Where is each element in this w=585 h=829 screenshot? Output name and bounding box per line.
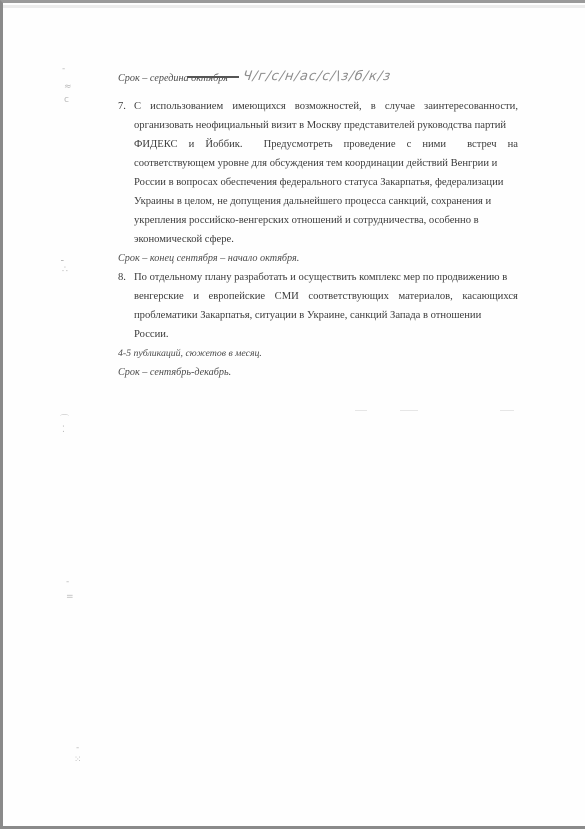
deadline-sep-oct: Срок – конец сентября – начало октября. <box>118 252 299 266</box>
item-8-line-1: По отдельному плану разработать и осущес… <box>134 271 507 285</box>
margin-mark: ⁙ <box>74 756 82 765</box>
deadline-sep-dec: Срок – сентябрь-декабрь. <box>118 366 231 380</box>
margin-mark: ⅽ <box>64 96 69 105</box>
item-7-line-5: России в вопросах обеспечения федерально… <box>134 176 503 190</box>
scan-artifact <box>500 410 514 411</box>
scan-artifact <box>400 410 418 411</box>
item-8-line-3: проблематики Закарпатья, ситуации в Укра… <box>134 309 481 323</box>
word: с <box>407 138 412 152</box>
item-7-line-6: Украины в целом, не допущения дальнейшег… <box>134 195 491 209</box>
word: СМИ <box>275 290 299 304</box>
word: на <box>508 138 518 152</box>
item-7-number: 7. <box>118 100 126 114</box>
margin-mark: ≈ <box>64 83 72 92</box>
item-7-line-1: С использованием имеющихся возможностей,… <box>134 100 518 114</box>
margin-mark: - <box>76 744 79 753</box>
publications-note: 4-5 публикаций, сюжетов в месяц. <box>118 347 262 361</box>
word: возможностей, <box>295 100 362 114</box>
word: Предусмотреть <box>264 138 333 152</box>
item-7-line-3: ФИДЕКС и Йоббик. Предусмотреть проведени… <box>134 138 518 152</box>
handwritten-annotation: Ч/г/с/н/ас/с/\з/б/к/з <box>242 69 392 84</box>
word: ФИДЕКС <box>134 138 178 152</box>
item-8-number: 8. <box>118 271 126 285</box>
word: имеющихся <box>232 100 285 114</box>
item-7-line-2: организовать неофициальный визит в Москв… <box>134 119 506 133</box>
margin-mark: - <box>66 578 69 587</box>
item-8-line-2: венгерские и европейские СМИ соответству… <box>134 290 518 304</box>
item-7-line-8: экономической сфере. <box>134 233 234 247</box>
deadline-mid-october: Срок – середина октября <box>118 72 228 86</box>
word: заинтересованности, <box>424 100 518 114</box>
margin-mark: = <box>66 593 74 602</box>
item-7-line-4: соответствующем уровне для обсуждения те… <box>134 157 497 171</box>
word: Йоббик. <box>205 138 242 152</box>
word: и <box>193 290 199 304</box>
word: европейские <box>209 290 266 304</box>
word: использованием <box>150 100 223 114</box>
margin-mark: ⁚ <box>62 426 65 435</box>
word: и <box>189 138 195 152</box>
word: материалов, <box>398 290 452 304</box>
item-7-line-7: укрепления российско-венгерских отношени… <box>134 214 479 228</box>
word: венгерские <box>134 290 184 304</box>
word: в <box>371 100 376 114</box>
word: С <box>134 100 141 114</box>
strikethrough-mark <box>187 76 239 78</box>
word: ними <box>422 138 446 152</box>
margin-mark: ∴ <box>62 266 68 275</box>
word: соответствующих <box>308 290 389 304</box>
margin-mark: ⌒ <box>60 416 69 425</box>
word: встреч <box>467 138 496 152</box>
item-8-line-4: России. <box>134 328 169 342</box>
word: касающихся <box>462 290 518 304</box>
word: случае <box>385 100 415 114</box>
word: проведение <box>344 138 396 152</box>
scan-artifact <box>355 410 367 411</box>
margin-mark: - <box>62 65 65 74</box>
